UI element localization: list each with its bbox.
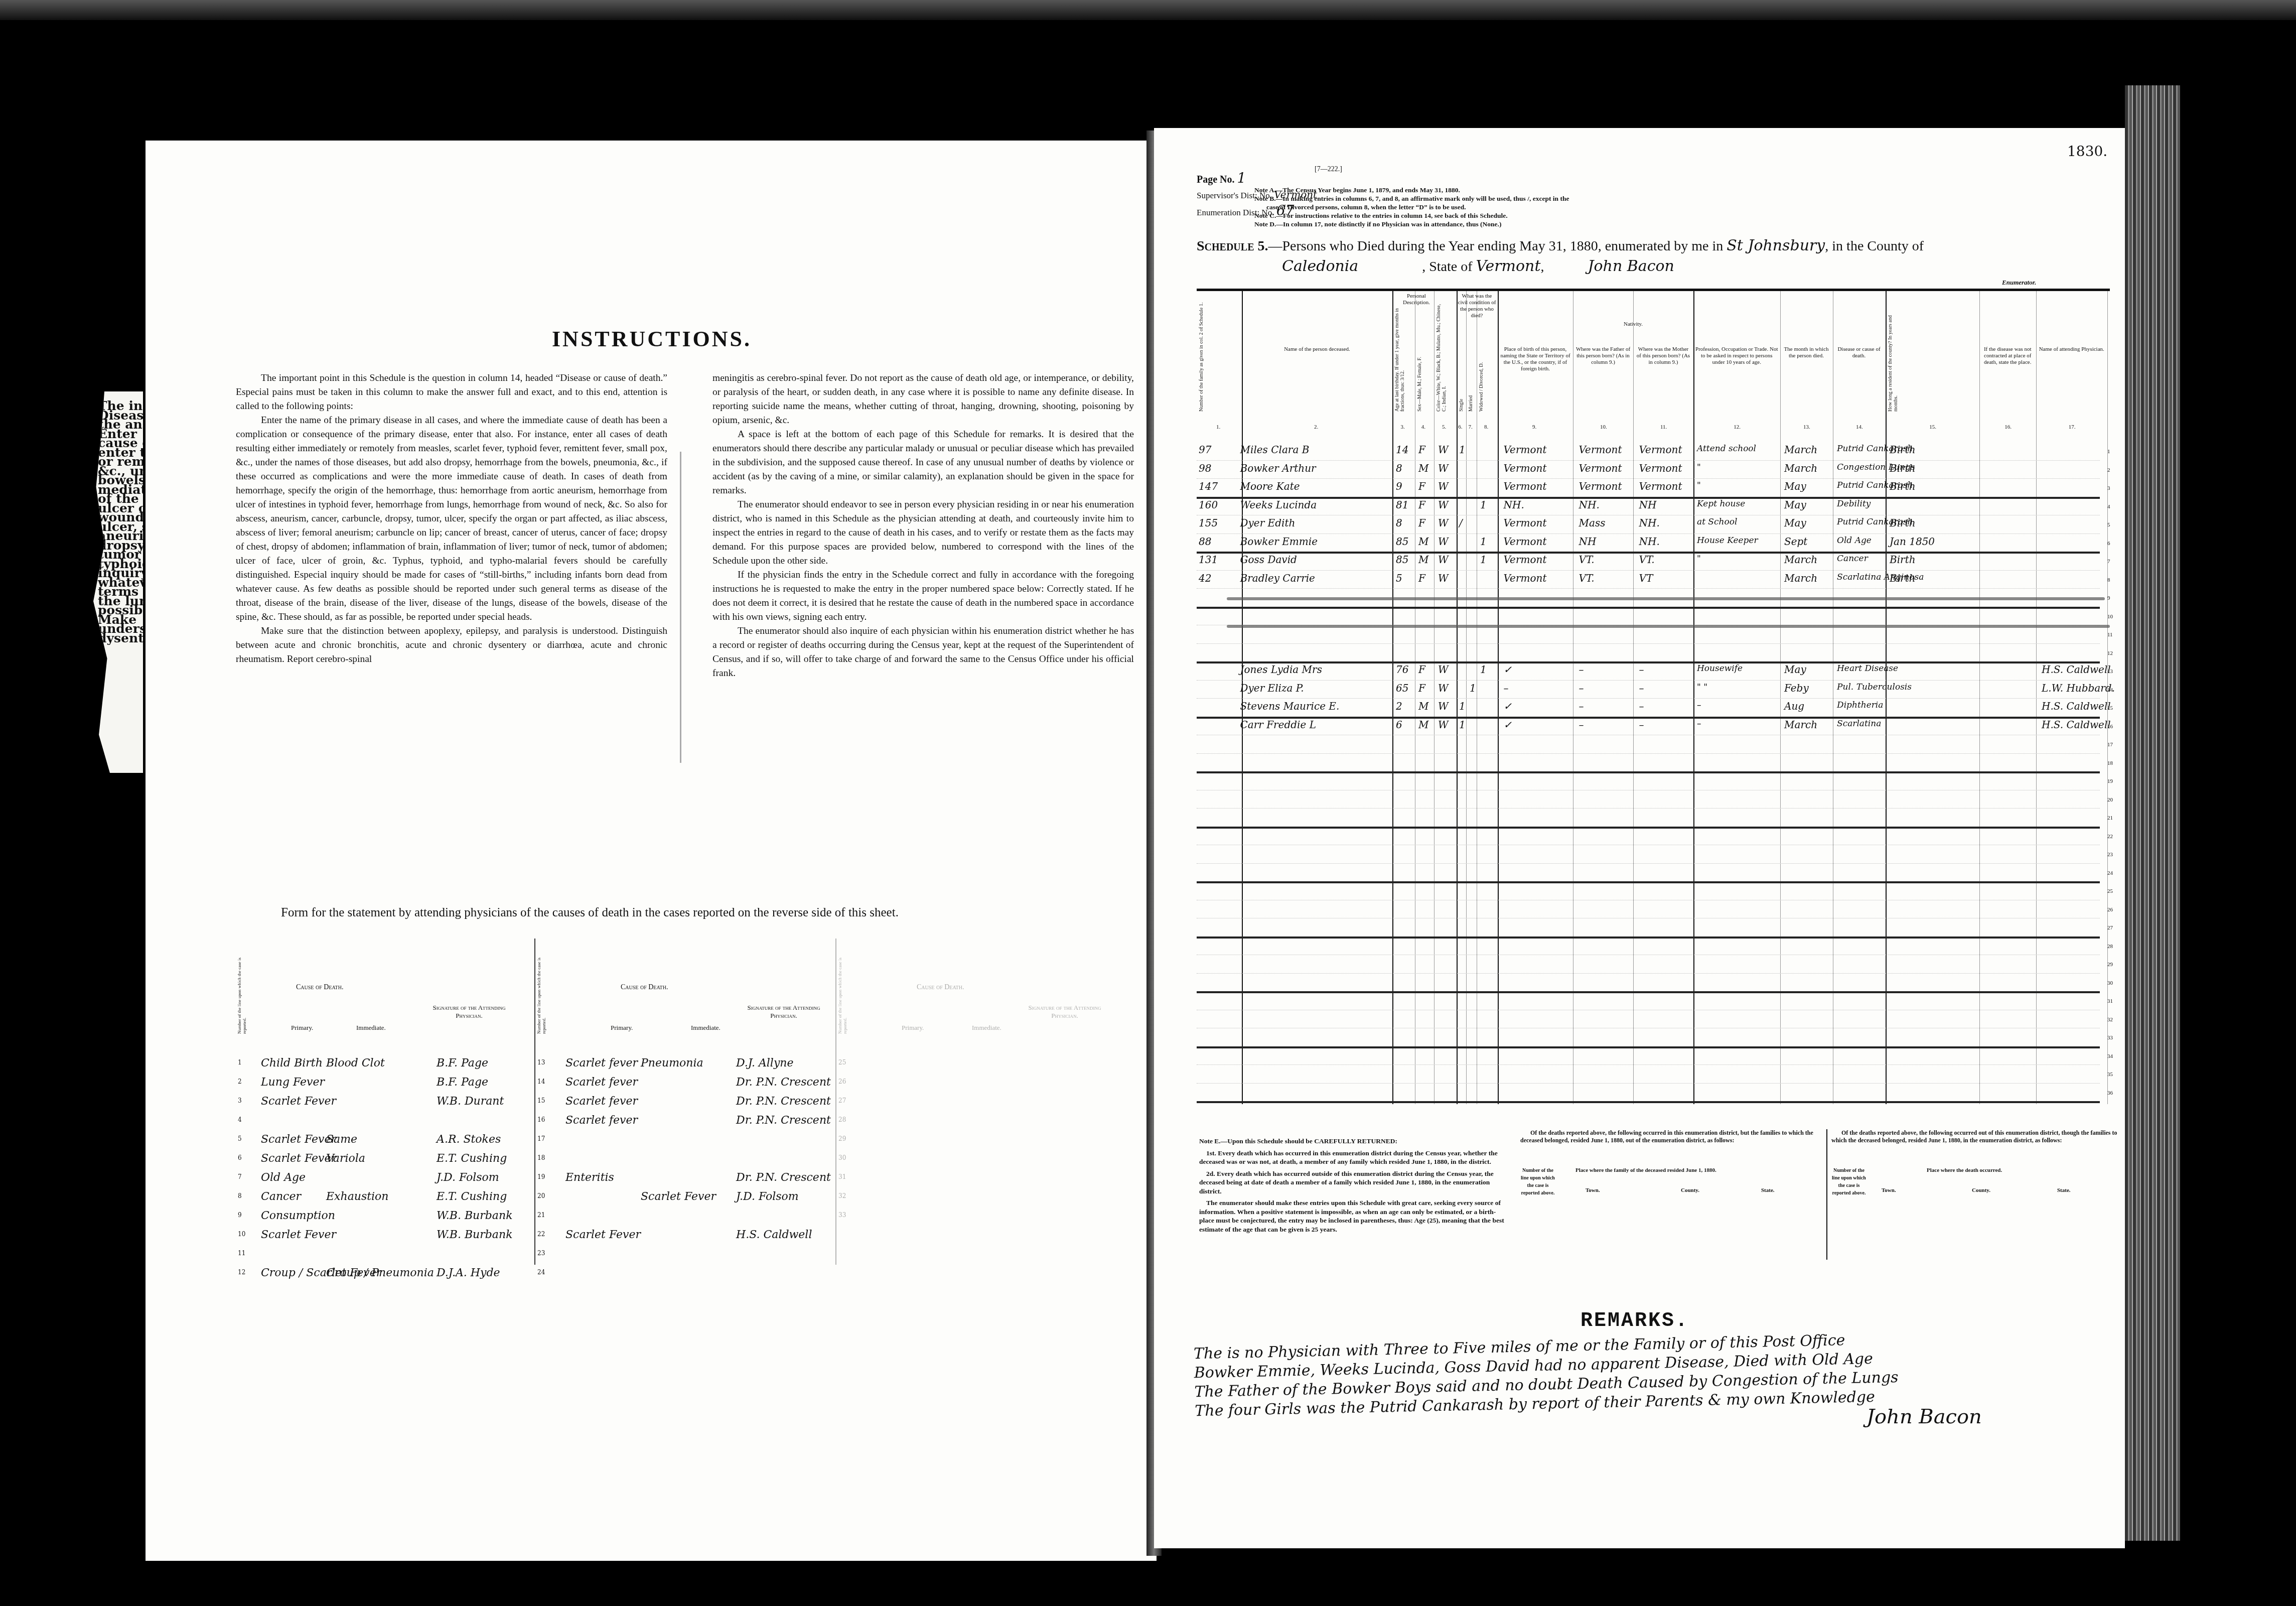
physician-form-line-number: 14 bbox=[537, 1078, 545, 1085]
cell-birth: ✓ bbox=[1504, 719, 1512, 731]
cell-color: W bbox=[1438, 700, 1449, 712]
cell-age: 9 bbox=[1396, 480, 1402, 492]
cell-cause: Heart Disease bbox=[1837, 663, 1898, 674]
cell-occupation: " bbox=[1697, 554, 1701, 564]
physician-form-title: Form for the statement by attending phys… bbox=[281, 906, 899, 920]
line-number: 22 bbox=[2107, 834, 2113, 840]
physician-form-row: 12Croup / Scarlet FeverCroup / Pneumonia… bbox=[236, 1264, 532, 1285]
row-rule bbox=[1197, 973, 2100, 974]
cell-cause: Old Age bbox=[1837, 536, 1872, 546]
cell-birth: Vermont bbox=[1504, 572, 1547, 584]
line-number: 34 bbox=[2107, 1053, 2113, 1059]
row-rule bbox=[1197, 771, 2100, 773]
column-header-13: The month in which the person died. bbox=[1782, 346, 1831, 359]
cell-age: 65 bbox=[1396, 682, 1408, 694]
cell-birth: Vermont bbox=[1504, 517, 1547, 529]
physician-form-primary: Old Age bbox=[261, 1171, 306, 1184]
column-header-4: Sex—Male, M.; Female, F. bbox=[1417, 301, 1422, 412]
physician-form-sig: B.F. Page bbox=[437, 1076, 488, 1089]
schedule-row: 155Dyer Edith8FW/VermontMassNH.at School… bbox=[1197, 515, 2110, 533]
table-divider bbox=[1826, 1129, 1827, 1260]
form-code: [7—222.] bbox=[1315, 166, 1342, 174]
strikethrough-mark bbox=[1227, 625, 2110, 628]
line-number: 24 bbox=[2107, 870, 2113, 876]
physician-form-row: 31 bbox=[836, 1168, 1107, 1189]
physician-form-immediate: Croup / Pneumonia bbox=[326, 1267, 434, 1279]
line-number: 18 bbox=[2107, 760, 2113, 766]
physician-form-row: 9ConsumptionW.B. Burbank bbox=[236, 1207, 532, 1228]
physician-form-row: 16Scarlet feverDr. P.N. Crescent bbox=[535, 1111, 831, 1132]
torn-page-fragment: The inDisease orthe answerEntercause of … bbox=[88, 391, 143, 773]
physician-form-row: 13Scarlet feverPneumoniaD.J. Allyne bbox=[535, 1054, 831, 1075]
physician-block-1: Number of the line upon which the case i… bbox=[236, 939, 532, 1265]
cell-mother: – bbox=[1639, 719, 1644, 731]
cell-sex: M bbox=[1418, 536, 1428, 548]
line-number: 10 bbox=[2107, 614, 2113, 620]
physician-form-primary: Scarlet fever bbox=[565, 1057, 638, 1069]
line-number: 26 bbox=[2107, 907, 2113, 913]
column-number: 17. bbox=[2069, 424, 2076, 430]
cell-month: March bbox=[1784, 462, 1817, 474]
physician-form-row: 18 bbox=[535, 1149, 831, 1170]
physician-form-line-number: 3 bbox=[238, 1097, 242, 1104]
physician-form-sig: D.J.A. Hyde bbox=[437, 1267, 500, 1279]
row-rule bbox=[1197, 863, 2100, 864]
cell-sex: M bbox=[1418, 554, 1428, 566]
schedule-row: 88Bowker Emmie85MW1VermontNHNH.House Kee… bbox=[1197, 533, 2110, 552]
cell-mother: Vermont bbox=[1639, 480, 1682, 492]
column-header-3: Age at last birthday. If under 1 year, g… bbox=[1394, 301, 1405, 412]
schedule-row: Stevens Maurice E.2MW1✓–––AugDiphtheriaH… bbox=[1197, 698, 2110, 716]
physician-form-row: 11 bbox=[236, 1245, 532, 1266]
physician-form-sig: Dr. P.N. Crescent bbox=[736, 1171, 831, 1184]
cell-father: – bbox=[1579, 700, 1584, 712]
physician-form-row: 28 bbox=[836, 1111, 1107, 1132]
line-number: 32 bbox=[2107, 1017, 2113, 1023]
cell-color: W bbox=[1438, 444, 1449, 456]
page-number-value: 1 bbox=[1237, 170, 1246, 186]
physician-form-line-number: 23 bbox=[537, 1250, 545, 1257]
physician-form-line-number: 8 bbox=[238, 1192, 242, 1199]
schedule-row: Jones Lydia Mrs76FW1✓––HousewifeMayHeart… bbox=[1197, 661, 2110, 680]
cell-age: 6 bbox=[1396, 719, 1402, 731]
cell-mother: – bbox=[1639, 663, 1644, 676]
row-rule bbox=[1197, 1028, 2100, 1028]
column-number: 10. bbox=[1600, 424, 1607, 430]
physician-form-line-number: 1 bbox=[238, 1059, 242, 1066]
cell-single: / bbox=[1459, 517, 1463, 529]
personal-description-label: Personal Description. bbox=[1395, 293, 1438, 306]
cell-sex: F bbox=[1418, 499, 1425, 511]
row-rule bbox=[1197, 1083, 2100, 1084]
cell-month: May bbox=[1784, 480, 1806, 492]
cell-occupation: " bbox=[1697, 462, 1701, 472]
cell-father: – bbox=[1579, 663, 1584, 676]
cell-single: 1 bbox=[1459, 700, 1466, 712]
physician-form-line-number: 22 bbox=[537, 1231, 545, 1238]
physician-form-row: 33 bbox=[836, 1207, 1107, 1228]
physician-form-row: 15Scarlet feverDr. P.N. Crescent bbox=[535, 1092, 831, 1113]
physician-form-primary: Cancer bbox=[261, 1190, 301, 1203]
cell-month: Sept bbox=[1784, 536, 1807, 548]
physician-block-2: Number of the line upon which the case i… bbox=[534, 939, 831, 1265]
line-number: 31 bbox=[2107, 998, 2113, 1004]
note-e: Note E.—Upon this Schedule should be CAR… bbox=[1199, 1137, 1510, 1237]
cell-cause: Pul. Tuberculosis bbox=[1837, 682, 1912, 692]
instructions-title: INSTRUCTIONS. bbox=[552, 326, 752, 352]
physician-form-row: 26 bbox=[836, 1073, 1107, 1094]
row-rule bbox=[1197, 753, 2100, 754]
cell-single: 1 bbox=[1459, 444, 1466, 456]
cell-age: 2 bbox=[1396, 700, 1402, 712]
cell-occupation: Attend school bbox=[1697, 444, 1756, 454]
cell-mother: VT. bbox=[1639, 554, 1655, 566]
notes-block: Note A.—The Census Year begins June 1, 1… bbox=[1254, 186, 1569, 228]
row-rule bbox=[1197, 1010, 2100, 1010]
cell-month: May bbox=[1784, 517, 1806, 529]
physician-block-3: Number of the line upon which the case i… bbox=[835, 939, 1107, 1265]
physician-form-row: 24 bbox=[535, 1264, 831, 1285]
line-number: 20 bbox=[2107, 797, 2113, 803]
schedule-title: Schedule 5.—Persons who Died during the … bbox=[1197, 236, 2115, 277]
physician-form-row: 8CancerExhaustionE.T. Cushing bbox=[236, 1187, 532, 1209]
physician-form-sig: W.B. Durant bbox=[437, 1095, 504, 1108]
cell-cause: Cancer bbox=[1837, 554, 1868, 564]
row-rule bbox=[1197, 918, 2100, 918]
cell-color: W bbox=[1438, 554, 1449, 566]
enumerator-signature: John Bacon bbox=[1588, 257, 1674, 275]
cell-widowed: 1 bbox=[1480, 536, 1487, 548]
physician-form-line-number: 10 bbox=[238, 1231, 245, 1238]
physician-form-row: 4 bbox=[236, 1111, 532, 1132]
column-header-5: Color—White, W.; Black, B.; Mulatto, Mu.… bbox=[1436, 301, 1447, 412]
physician-form-sig: Dr. P.N. Crescent bbox=[736, 1076, 831, 1089]
column-number: 5. bbox=[1442, 424, 1446, 430]
line-number: 35 bbox=[2107, 1072, 2113, 1078]
book-fore-edge bbox=[2125, 85, 2180, 1541]
sheet-number: 1830. bbox=[2067, 143, 2107, 160]
cell-widowed: 1 bbox=[1480, 554, 1487, 566]
physician-form-sig: J.D. Folsom bbox=[437, 1171, 499, 1184]
cell-occupation: – bbox=[1697, 700, 1701, 710]
column-number: 9. bbox=[1532, 424, 1536, 430]
line-number: 30 bbox=[2107, 980, 2113, 986]
cell-occupation: at School bbox=[1697, 517, 1737, 527]
cell-residence: Birth bbox=[1890, 554, 1916, 566]
scrap-line: dysentery bbox=[88, 634, 143, 643]
cell-father: VT. bbox=[1579, 554, 1595, 566]
cell-physician: H.S. Caldwell bbox=[2042, 700, 2111, 712]
column-number: 12. bbox=[1734, 424, 1741, 430]
cell-mother: NH. bbox=[1639, 536, 1660, 548]
strikethrough-mark bbox=[1227, 597, 2105, 600]
column-header-11: Where was the Mother of this person born… bbox=[1635, 346, 1691, 366]
physician-form-primary: Scarlet fever bbox=[565, 1114, 638, 1127]
column-number: 3. bbox=[1401, 424, 1405, 430]
cell-family: 147 bbox=[1199, 480, 1218, 492]
physician-form-primary: Scarlet Fever bbox=[565, 1229, 641, 1241]
cell-color: W bbox=[1438, 536, 1449, 548]
physician-form-row: 30 bbox=[836, 1149, 1107, 1170]
physician-form-sig: E.T. Cushing bbox=[437, 1190, 507, 1203]
cell-cause: Diphtheria bbox=[1837, 700, 1883, 710]
row-rule bbox=[1197, 607, 2100, 609]
instructions-column-2: meningitis as cerebro-spinal fever. Do n… bbox=[712, 371, 1134, 681]
physician-form-line-number: 17 bbox=[537, 1135, 545, 1142]
physician-form-row: 10Scarlet FeverW.B. Burbank bbox=[236, 1226, 532, 1247]
physician-form-row: 3Scarlet FeverW.B. Durant bbox=[236, 1092, 532, 1113]
physician-form-primary: Scarlet fever bbox=[565, 1095, 638, 1108]
cell-occupation: Housewife bbox=[1697, 663, 1743, 674]
column-header-2: Name of the person deceased. bbox=[1244, 346, 1390, 353]
physician-form-line-number: 5 bbox=[238, 1135, 242, 1142]
cell-father: – bbox=[1579, 682, 1584, 694]
left-page bbox=[146, 141, 1157, 1561]
line-number: 36 bbox=[2107, 1090, 2113, 1096]
cell-mother: – bbox=[1639, 700, 1644, 712]
physician-form-line-number: 26 bbox=[838, 1078, 846, 1085]
physician-form-line-number: 28 bbox=[838, 1116, 846, 1123]
physician-form-line-number: 9 bbox=[238, 1212, 242, 1219]
cell-month: March bbox=[1784, 554, 1817, 566]
physician-form-sig: B.F. Page bbox=[437, 1057, 488, 1069]
row-rule bbox=[1197, 790, 2100, 790]
cell-mother: Vermont bbox=[1639, 462, 1682, 474]
cell-month: May bbox=[1784, 499, 1806, 511]
physician-form-sig: H.S. Caldwell bbox=[736, 1229, 812, 1241]
cell-occupation: " " bbox=[1697, 682, 1707, 692]
schedule-row: 160Weeks Lucinda81FW1NH.NH.NHKept houseM… bbox=[1197, 497, 2110, 515]
column-header-9: Place of birth of this person, naming th… bbox=[1500, 346, 1571, 372]
column-header-12: Profession, Occupation or Trade. Not to … bbox=[1695, 346, 1778, 366]
physician-form-immediate: Blood Clot bbox=[326, 1057, 385, 1069]
physician-form-sig: E.T. Cushing bbox=[437, 1152, 507, 1165]
physician-form-row: 1Child BirthBlood ClotB.F. Page bbox=[236, 1054, 532, 1075]
cell-name: Goss David bbox=[1240, 554, 1297, 566]
physician-form-primary: Scarlet Fever bbox=[261, 1133, 336, 1146]
enumerator-label: Enumerator. bbox=[2002, 279, 2036, 287]
row-rule bbox=[1197, 1046, 2100, 1048]
cell-name: Stevens Maurice E. bbox=[1240, 700, 1340, 712]
physician-form-sig: W.B. Burbank bbox=[437, 1229, 512, 1241]
physician-form-line-number: 33 bbox=[838, 1212, 846, 1219]
column-number: 4. bbox=[1421, 424, 1425, 430]
line-number: 28 bbox=[2107, 944, 2113, 950]
cell-age: 81 bbox=[1396, 499, 1408, 511]
cell-occupation: " bbox=[1697, 480, 1701, 490]
physician-form-sig: Dr. P.N. Crescent bbox=[736, 1095, 831, 1108]
cell-mother: NH bbox=[1639, 499, 1657, 511]
physician-form-primary: Enteritis bbox=[565, 1171, 614, 1184]
cell-family: 98 bbox=[1199, 462, 1211, 474]
cell-color: W bbox=[1438, 663, 1449, 676]
schedule-row: Carr Freddie L6MW1✓–––MarchScarlatinaH.S… bbox=[1197, 717, 2110, 735]
cell-occupation: – bbox=[1697, 719, 1701, 729]
column-number: 2. bbox=[1314, 424, 1318, 430]
cell-name: Miles Clara B bbox=[1240, 444, 1310, 456]
cell-sex: F bbox=[1418, 480, 1425, 492]
cell-birth: Vermont bbox=[1504, 554, 1547, 566]
cell-residence: Birth bbox=[1890, 480, 1916, 492]
column-header-1: Number of the family as given in col. 2 … bbox=[1199, 301, 1204, 412]
schedule-row: Dyer Eliza P.65FW1–––" "FebyPul. Tubercu… bbox=[1197, 680, 2110, 698]
instructions-column-1: The important point in this Schedule is … bbox=[236, 371, 667, 666]
physician-form-immediate: Scarlet Fever bbox=[641, 1190, 716, 1203]
physician-form-row: 2Lung FeverB.F. Page bbox=[236, 1073, 532, 1094]
cell-birth: ✓ bbox=[1504, 663, 1512, 676]
column-header-15: How long a resident of the county? In ye… bbox=[1888, 301, 1899, 412]
county-value: Caledonia bbox=[1282, 257, 1358, 275]
cell-mother: VT bbox=[1639, 572, 1653, 584]
cell-color: W bbox=[1438, 499, 1449, 511]
column-number: 13. bbox=[1803, 424, 1810, 430]
column-header-16: If the disease was not contracted at pla… bbox=[1981, 346, 2034, 366]
state-value: Vermont bbox=[1476, 257, 1541, 275]
column-number: 11. bbox=[1660, 424, 1667, 430]
physician-form-line-number: 21 bbox=[537, 1212, 545, 1219]
cell-family: 155 bbox=[1199, 517, 1218, 529]
cell-single: 1 bbox=[1459, 719, 1466, 731]
cell-name: Bradley Carrie bbox=[1240, 572, 1315, 584]
physician-form-row: 17 bbox=[535, 1130, 831, 1151]
line-number: 29 bbox=[2107, 962, 2113, 968]
physician-form-primary: Child Birth bbox=[261, 1057, 323, 1069]
cell-widowed: 1 bbox=[1480, 499, 1487, 511]
physician-form-row: 20Scarlet FeverJ.D. Folsom bbox=[535, 1187, 831, 1209]
schedule-row: 147Moore Kate9FWVermontVermontVermont"Ma… bbox=[1197, 478, 2110, 496]
cell-cause: Scarlatina bbox=[1837, 719, 1881, 729]
row-rule bbox=[1197, 735, 2100, 735]
column-number: 15. bbox=[1929, 424, 1936, 430]
cell-father: Vermont bbox=[1579, 462, 1622, 474]
cell-month: March bbox=[1784, 572, 1817, 584]
column-number: 14. bbox=[1856, 424, 1863, 430]
cell-name: Carr Freddie L bbox=[1240, 719, 1316, 731]
physician-form-line-number: 2 bbox=[238, 1078, 242, 1085]
cell-cause: Debility bbox=[1837, 499, 1871, 509]
row-rule bbox=[1197, 936, 2100, 939]
physician-form-line-number: 4 bbox=[238, 1116, 242, 1123]
cell-age: 85 bbox=[1396, 536, 1408, 548]
cell-father: – bbox=[1579, 719, 1584, 731]
civil-condition-label: What was the civil condition of the pers… bbox=[1458, 293, 1497, 319]
cell-residence: Birth bbox=[1890, 572, 1916, 584]
row-rule bbox=[1197, 845, 2100, 845]
cell-widowed: 1 bbox=[1480, 663, 1487, 676]
physician-form-primary: Lung Fever bbox=[261, 1076, 325, 1089]
schedule-row: 97Miles Clara B14FW1VermontVermontVermon… bbox=[1197, 442, 2110, 460]
physician-form-line-number: 32 bbox=[838, 1192, 846, 1199]
cell-birth: Vermont bbox=[1504, 444, 1547, 456]
physician-form-line-number: 30 bbox=[838, 1154, 846, 1161]
cell-birth: ✓ bbox=[1504, 700, 1512, 712]
physician-form-sig: D.J. Allyne bbox=[736, 1057, 794, 1069]
cell-father: Mass bbox=[1579, 517, 1606, 529]
column-header-10: Where was the Father of this person born… bbox=[1575, 346, 1631, 366]
physician-form-immediate: Pneumonia bbox=[641, 1057, 703, 1069]
cell-mother: Vermont bbox=[1639, 444, 1682, 456]
line-number: 25 bbox=[2107, 888, 2113, 894]
row-rule bbox=[1197, 1101, 2100, 1103]
cell-physician: H.S. Caldwell bbox=[2042, 663, 2111, 676]
cell-color: W bbox=[1438, 517, 1449, 529]
cell-color: W bbox=[1438, 462, 1449, 474]
cell-month: Feby bbox=[1784, 682, 1809, 694]
cell-color: W bbox=[1438, 719, 1449, 731]
cell-name: Dyer Eliza P. bbox=[1240, 682, 1304, 694]
deaths-in-district-table: Of the deaths reported above, the follow… bbox=[1520, 1129, 1816, 1144]
cell-birth: Vermont bbox=[1504, 462, 1547, 474]
column-header-14: Disease or cause of death. bbox=[1835, 346, 1884, 359]
cell-name: Weeks Lucinda bbox=[1240, 499, 1317, 511]
scan-top-edge bbox=[0, 0, 2296, 20]
physician-form-row: 23 bbox=[535, 1245, 831, 1266]
cell-color: W bbox=[1438, 682, 1449, 694]
cell-residence: Birth bbox=[1890, 517, 1916, 529]
line-number: 27 bbox=[2107, 925, 2113, 931]
schedule-row: 98Bowker Arthur8MWVermontVermontVermont"… bbox=[1197, 460, 2110, 478]
schedule-row: 131Goss David85MW1VermontVT.VT."MarchCan… bbox=[1197, 552, 2110, 570]
physician-form-primary: Scarlet Fever bbox=[261, 1229, 336, 1241]
cell-father: NH bbox=[1579, 536, 1597, 548]
schedule-table: Number of the family as given in col. 2 … bbox=[1197, 289, 2110, 1104]
physician-form-sig: Dr. P.N. Crescent bbox=[736, 1114, 831, 1127]
cell-age: 8 bbox=[1396, 462, 1402, 474]
cell-birth: – bbox=[1504, 682, 1509, 694]
column-number: 6. bbox=[1458, 424, 1462, 430]
physician-form-row: 19EnteritisDr. P.N. Crescent bbox=[535, 1168, 831, 1189]
physician-form-row: 6Scarlet FeverVariolaE.T. Cushing bbox=[236, 1149, 532, 1170]
column-number: 16. bbox=[2004, 424, 2012, 430]
physician-form-line-number: 20 bbox=[537, 1192, 545, 1199]
cell-month: March bbox=[1784, 444, 1817, 456]
cell-name: Jones Lydia Mrs bbox=[1240, 663, 1322, 676]
row-rule bbox=[1197, 1064, 2100, 1065]
row-rule bbox=[1197, 991, 2100, 993]
physician-form-row: 32 bbox=[836, 1187, 1107, 1209]
physician-form-immediate: Variola bbox=[326, 1152, 365, 1165]
line-number: 23 bbox=[2107, 852, 2113, 858]
physician-form-sig: J.D. Folsom bbox=[736, 1190, 799, 1203]
cell-age: 85 bbox=[1396, 554, 1408, 566]
cell-name: Bowker Emmie bbox=[1240, 536, 1318, 548]
cell-occupation: Kept house bbox=[1697, 499, 1745, 509]
cell-occupation: House Keeper bbox=[1697, 536, 1758, 546]
physician-form-row: 5Scarlet FeverSameA.R. Stokes bbox=[236, 1130, 532, 1151]
line-number: 12 bbox=[2107, 650, 2113, 656]
cell-sex: M bbox=[1418, 719, 1428, 731]
cell-color: W bbox=[1438, 572, 1449, 584]
physician-form-line-number: 13 bbox=[537, 1059, 545, 1066]
cell-residence: Jan 1850 bbox=[1890, 536, 1935, 548]
physician-form-row: 21 bbox=[535, 1207, 831, 1228]
physician-form-line-number: 16 bbox=[537, 1116, 545, 1123]
cell-residence: Birth bbox=[1890, 462, 1916, 474]
cell-birth: NH. bbox=[1504, 499, 1524, 511]
cell-father: VT. bbox=[1579, 572, 1595, 584]
physician-statement-form: Number of the line upon which the case i… bbox=[236, 939, 1114, 1290]
cell-sex: F bbox=[1418, 663, 1425, 676]
physician-form-line-number: 6 bbox=[238, 1154, 242, 1161]
physician-form-line-number: 25 bbox=[838, 1059, 846, 1066]
physician-form-primary: Scarlet Fever bbox=[261, 1152, 336, 1165]
cell-family: 131 bbox=[1199, 554, 1218, 566]
cell-age: 8 bbox=[1396, 517, 1402, 529]
cell-family: 88 bbox=[1199, 536, 1211, 548]
row-rule bbox=[1197, 881, 2100, 883]
physician-form-sig: A.R. Stokes bbox=[437, 1133, 501, 1146]
schedule-row: 42Bradley Carrie5FWVermontVT.VTMarchScar… bbox=[1197, 570, 2110, 588]
